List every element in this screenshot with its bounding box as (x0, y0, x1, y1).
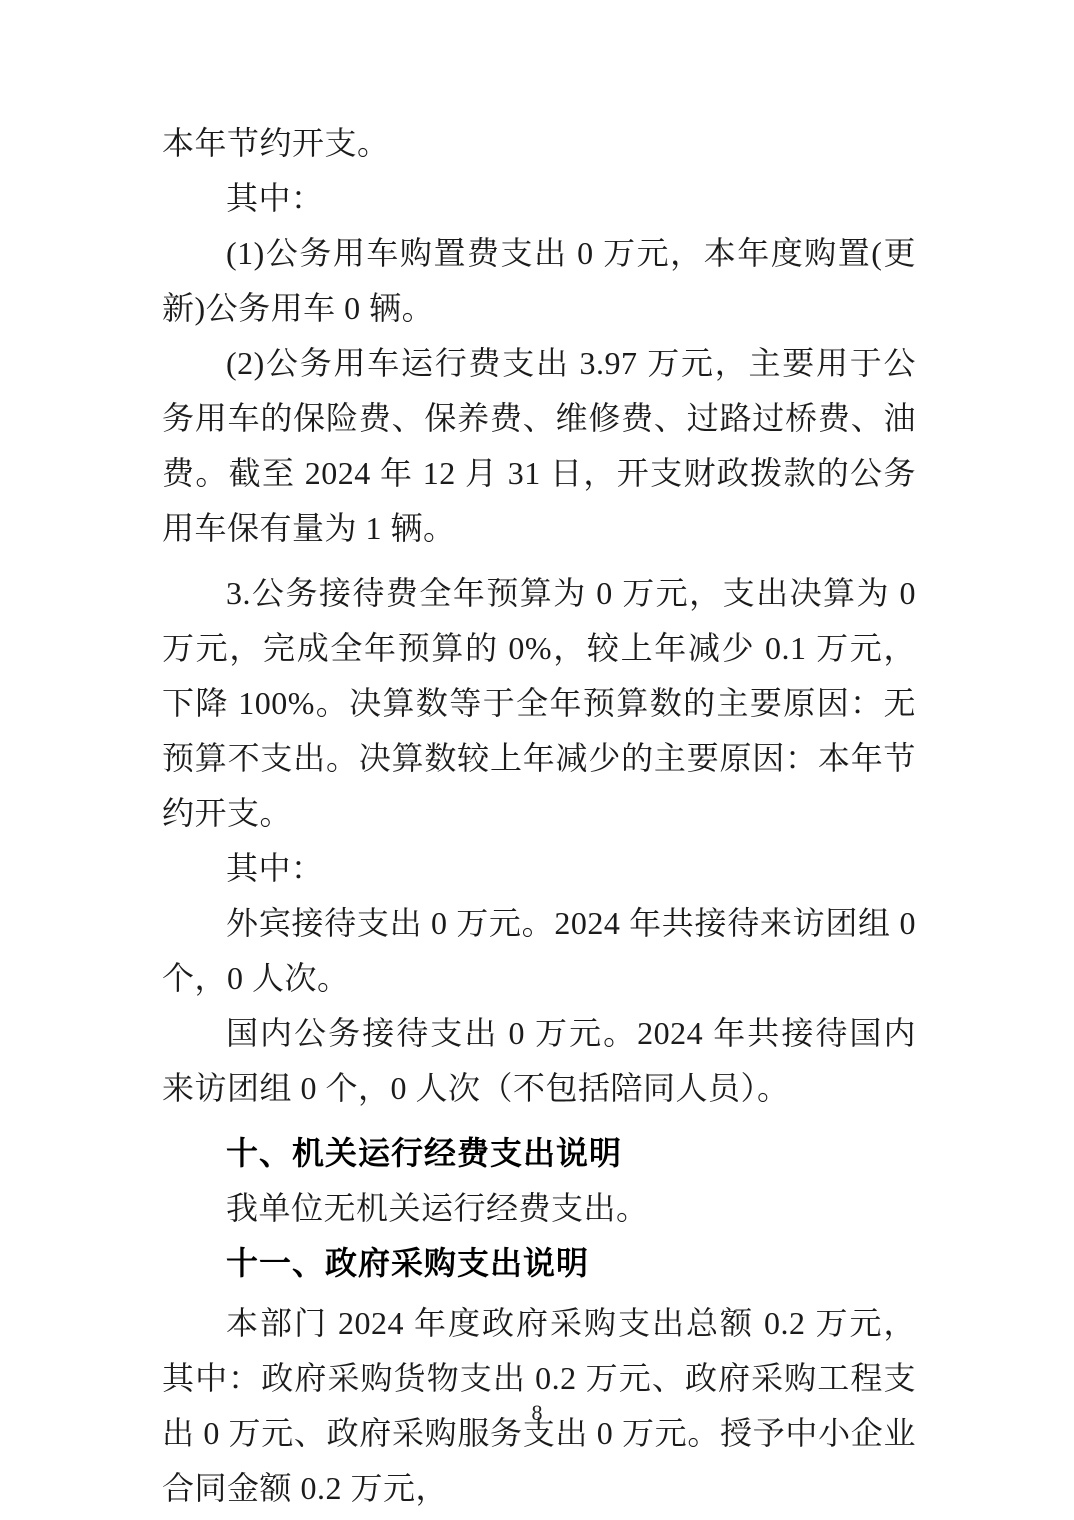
section-heading-10-operating-expenses: 十、机关运行经费支出说明 (162, 1126, 916, 1181)
paragraph-vehicle-purchase: (1)公务用车购置费支出 0 万元，本年度购置(更新)公务用车 0 辆。 (162, 226, 916, 336)
paragraph-qizhong-2: 其中： (162, 841, 916, 896)
paragraph-vehicle-operation: (2)公务用车运行费支出 3.97 万元，主要用于公务用车的保险费、保养费、维修… (162, 336, 916, 556)
paragraph-qizhong-1: 其中： (162, 171, 916, 226)
paragraph-official-reception: 3.公务接待费全年预算为 0 万元，支出决算为 0 万元，完成全年预算的 0%，… (162, 566, 916, 841)
paragraph-foreign-guests: 外宾接待支出 0 万元。2024 年共接待来访团组 0 个，0 人次。 (162, 896, 916, 1006)
page-number: 8 (0, 1398, 1074, 1428)
paragraph-continuation: 本年节约开支。 (162, 116, 916, 171)
paragraph-no-operating-expenses: 我单位无机关运行经费支出。 (162, 1181, 916, 1236)
document-page: 本年节约开支。 其中： (1)公务用车购置费支出 0 万元，本年度购置(更新)公… (0, 0, 1074, 1520)
section-heading-11-government-procurement: 十一、政府采购支出说明 (162, 1236, 916, 1291)
document-body: 本年节约开支。 其中： (1)公务用车购置费支出 0 万元，本年度购置(更新)公… (162, 116, 916, 1516)
paragraph-domestic-reception: 国内公务接待支出 0 万元。2024 年共接待国内来访团组 0 个，0 人次（不… (162, 1006, 916, 1116)
